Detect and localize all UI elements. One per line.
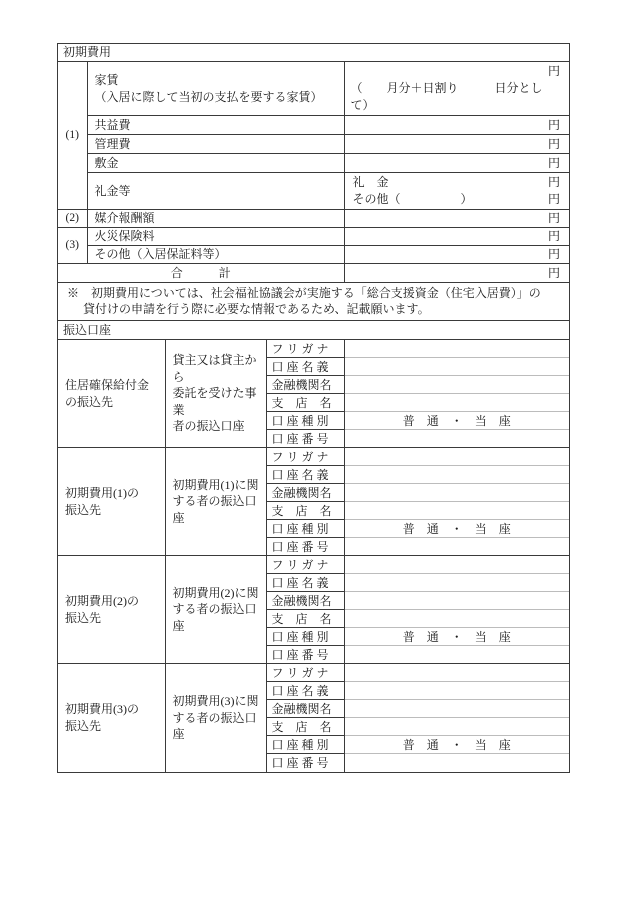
field-label-bank-name: 金融機関名 [266, 700, 344, 718]
field-label-bank-name: 金融機関名 [266, 592, 344, 610]
field-input-account-number[interactable] [344, 646, 569, 664]
cost-amount-fire-insurance-cell[interactable]: 円 [344, 228, 569, 246]
field-label-account-number: 口 座 番 号 [266, 646, 344, 664]
field-label-branch-name: 支 店 名 [266, 718, 344, 736]
field-label-furigana: フ リ ガ ナ [266, 664, 344, 682]
field-input-bank-name[interactable] [344, 376, 569, 394]
field-input-account-name[interactable] [344, 682, 569, 700]
footnote-line-2: 貸付けの申請を行う際に必要な情報であるため、記載願います。 [83, 302, 563, 318]
rent-detail-note: （ 月分＋日割り 日分として） [351, 80, 561, 114]
yen-unit: 円 [351, 63, 561, 80]
cost-amount-management-fee-cell[interactable]: 円 [344, 135, 569, 154]
field-input-furigana[interactable] [344, 556, 569, 574]
field-label-furigana: フ リ ガ ナ [266, 556, 344, 574]
section-title-initial-costs: 初期費用 [58, 44, 569, 62]
field-input-bank-name[interactable] [344, 700, 569, 718]
group-number-1: (1) [58, 62, 87, 210]
cost-amount-rent-cell[interactable]: 円 （ 月分＋日割り 日分として） [344, 62, 569, 116]
field-input-account-number[interactable] [344, 754, 569, 772]
cost-item-fire-insurance-label: 火災保険料 [87, 228, 344, 246]
field-input-bank-name[interactable] [344, 592, 569, 610]
field-label-account-type: 口 座 種 別 [266, 520, 344, 538]
cost-item-common-fee-label: 共益費 [87, 116, 344, 135]
field-label-furigana: フ リ ガ ナ [266, 448, 344, 466]
field-input-account-name[interactable] [344, 574, 569, 592]
field-label-bank-name: 金融機関名 [266, 376, 344, 394]
account-type-options[interactable]: 普 通 ・ 当 座 [344, 628, 569, 646]
field-input-account-number[interactable] [344, 430, 569, 448]
field-label-account-type: 口 座 種 別 [266, 412, 344, 430]
account-type-options[interactable]: 普 通 ・ 当 座 [344, 736, 569, 754]
field-label-account-number: 口 座 番 号 [266, 754, 344, 772]
field-label-account-name: 口 座 名 義 [266, 574, 344, 592]
field-label-account-name: 口 座 名 義 [266, 466, 344, 484]
yen-unit: 円 [548, 191, 560, 208]
field-input-branch-name[interactable] [344, 610, 569, 628]
account-holder-label: 初期費用(2)に関 する者の振込口座 [165, 556, 266, 664]
section-title-transfer-account: 振込口座 [58, 321, 569, 340]
cost-item-other-label: その他（入居保証料等） [87, 246, 344, 264]
total-label: 合 計 [58, 264, 344, 283]
field-input-branch-name[interactable] [344, 502, 569, 520]
document-page: 初期費用 (1) 家賃 （入居に際して当初の支払を要する家賃） 円 （ 月分＋日… [0, 0, 630, 903]
total-amount-cell[interactable]: 円 [344, 264, 569, 283]
field-label-bank-name: 金融機関名 [266, 484, 344, 502]
account-holder-label: 初期費用(1)に関 する者の振込口座 [165, 448, 266, 556]
field-input-account-name[interactable] [344, 466, 569, 484]
account-holder-label: 貸主又は貸主から 委託を受けた事業 者の振込口座 [165, 340, 266, 448]
field-label-account-number: 口 座 番 号 [266, 430, 344, 448]
field-input-furigana[interactable] [344, 340, 569, 358]
account-holder-label: 初期費用(3)に関 する者の振込口座 [165, 664, 266, 772]
field-label-branch-name: 支 店 名 [266, 610, 344, 628]
cost-item-deposit-label: 敷金 [87, 154, 344, 173]
account-type-options[interactable]: 普 通 ・ 当 座 [344, 520, 569, 538]
field-label-account-number: 口 座 番 号 [266, 538, 344, 556]
transfer-destination-label: 初期費用(3)の 振込先 [58, 664, 165, 772]
footnote-line-1: ※ 初期費用については、社会福祉協議会が実施する「総合支援資金（住宅入居費）」の [67, 286, 563, 302]
field-label-furigana: フ リ ガ ナ [266, 340, 344, 358]
field-label-account-name: 口 座 名 義 [266, 358, 344, 376]
field-input-furigana[interactable] [344, 664, 569, 682]
cost-item-rent-label: 家賃 （入居に際して当初の支払を要する家賃） [87, 62, 344, 116]
transfer-destination-label: 住居確保給付金 の振込先 [58, 340, 165, 448]
account-type-options[interactable]: 普 通 ・ 当 座 [344, 412, 569, 430]
field-input-branch-name[interactable] [344, 394, 569, 412]
cost-amount-common-fee-cell[interactable]: 円 [344, 116, 569, 135]
cost-amount-deposit-cell[interactable]: 円 [344, 154, 569, 173]
transfer-destination-label: 初期費用(1)の 振込先 [58, 448, 165, 556]
form-table: 初期費用 (1) 家賃 （入居に際して当初の支払を要する家賃） 円 （ 月分＋日… [57, 43, 570, 773]
cost-item-key-money-label: 礼金等 [87, 173, 344, 210]
field-label-account-type: 口 座 種 別 [266, 628, 344, 646]
group-number-2: (2) [58, 210, 87, 228]
field-label-account-name: 口 座 名 義 [266, 682, 344, 700]
field-label-account-type: 口 座 種 別 [266, 736, 344, 754]
group-number-3: (3) [58, 228, 87, 264]
field-input-account-name[interactable] [344, 358, 569, 376]
key-money-other-label: その他（ ） [353, 191, 473, 208]
field-input-account-number[interactable] [344, 538, 569, 556]
cost-amount-key-money-cell[interactable]: 礼 金 円 その他（ ） 円 [344, 173, 569, 210]
cost-amount-other-cell[interactable]: 円 [344, 246, 569, 264]
transfer-destination-label: 初期費用(2)の 振込先 [58, 556, 165, 664]
cost-item-brokerage-label: 媒介報酬額 [87, 210, 344, 228]
footnote: ※ 初期費用については、社会福祉協議会が実施する「総合支援資金（住宅入居費）」の… [58, 283, 569, 321]
field-input-furigana[interactable] [344, 448, 569, 466]
key-money-sub-label: 礼 金 [353, 174, 389, 191]
cost-item-management-fee-label: 管理費 [87, 135, 344, 154]
cost-amount-brokerage-cell[interactable]: 円 [344, 210, 569, 228]
yen-unit: 円 [548, 174, 560, 191]
field-label-branch-name: 支 店 名 [266, 502, 344, 520]
field-label-branch-name: 支 店 名 [266, 394, 344, 412]
field-input-bank-name[interactable] [344, 484, 569, 502]
field-input-branch-name[interactable] [344, 718, 569, 736]
